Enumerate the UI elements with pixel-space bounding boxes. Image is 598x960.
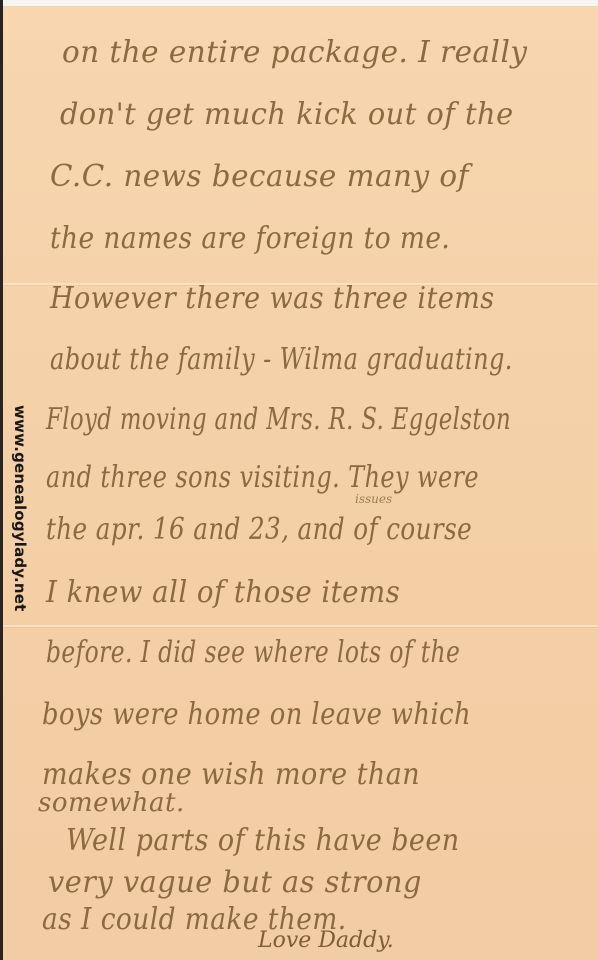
letter-line-15: Well parts of this have been bbox=[66, 826, 460, 856]
letter-line-8: and three sons visiting. They were bbox=[46, 463, 479, 493]
letter-line-2: don't get much kick out of the bbox=[60, 100, 514, 130]
letter-line-16: very vague but as strong bbox=[48, 868, 422, 898]
letter-line-3: C.C. news because many of bbox=[50, 162, 469, 192]
letter-line-9: the apr. 16 and 23, and of course bbox=[46, 515, 472, 545]
scan-left-edge bbox=[0, 0, 3, 960]
letter-line-13: makes one wish more than bbox=[42, 760, 420, 790]
letter-line-6: about the family - Wilma graduating. bbox=[50, 345, 513, 375]
letter-line-12: boys were home on leave which bbox=[42, 700, 471, 730]
letter-line-4: the names are foreign to me. bbox=[50, 224, 450, 254]
inserted-word: issues bbox=[355, 492, 392, 506]
letter-line-11: before. I did see where lots of the bbox=[46, 638, 460, 668]
watermark-text: www.genealogylady.net bbox=[8, 405, 32, 605]
scanned-letter-page: www.genealogylady.net on the entire pack… bbox=[0, 0, 598, 960]
letter-line-5: However there was three items bbox=[50, 284, 495, 314]
letter-line-10: I knew all of those items bbox=[46, 578, 400, 608]
letter-line-1: on the entire package. I really bbox=[62, 38, 527, 68]
letter-line-7: Floyd moving and Mrs. R. S. Eggelston bbox=[46, 405, 511, 435]
signature: Love Daddy. bbox=[258, 928, 394, 953]
letter-line-14: somewhat. bbox=[38, 790, 185, 816]
paper-fold-line bbox=[3, 625, 598, 627]
